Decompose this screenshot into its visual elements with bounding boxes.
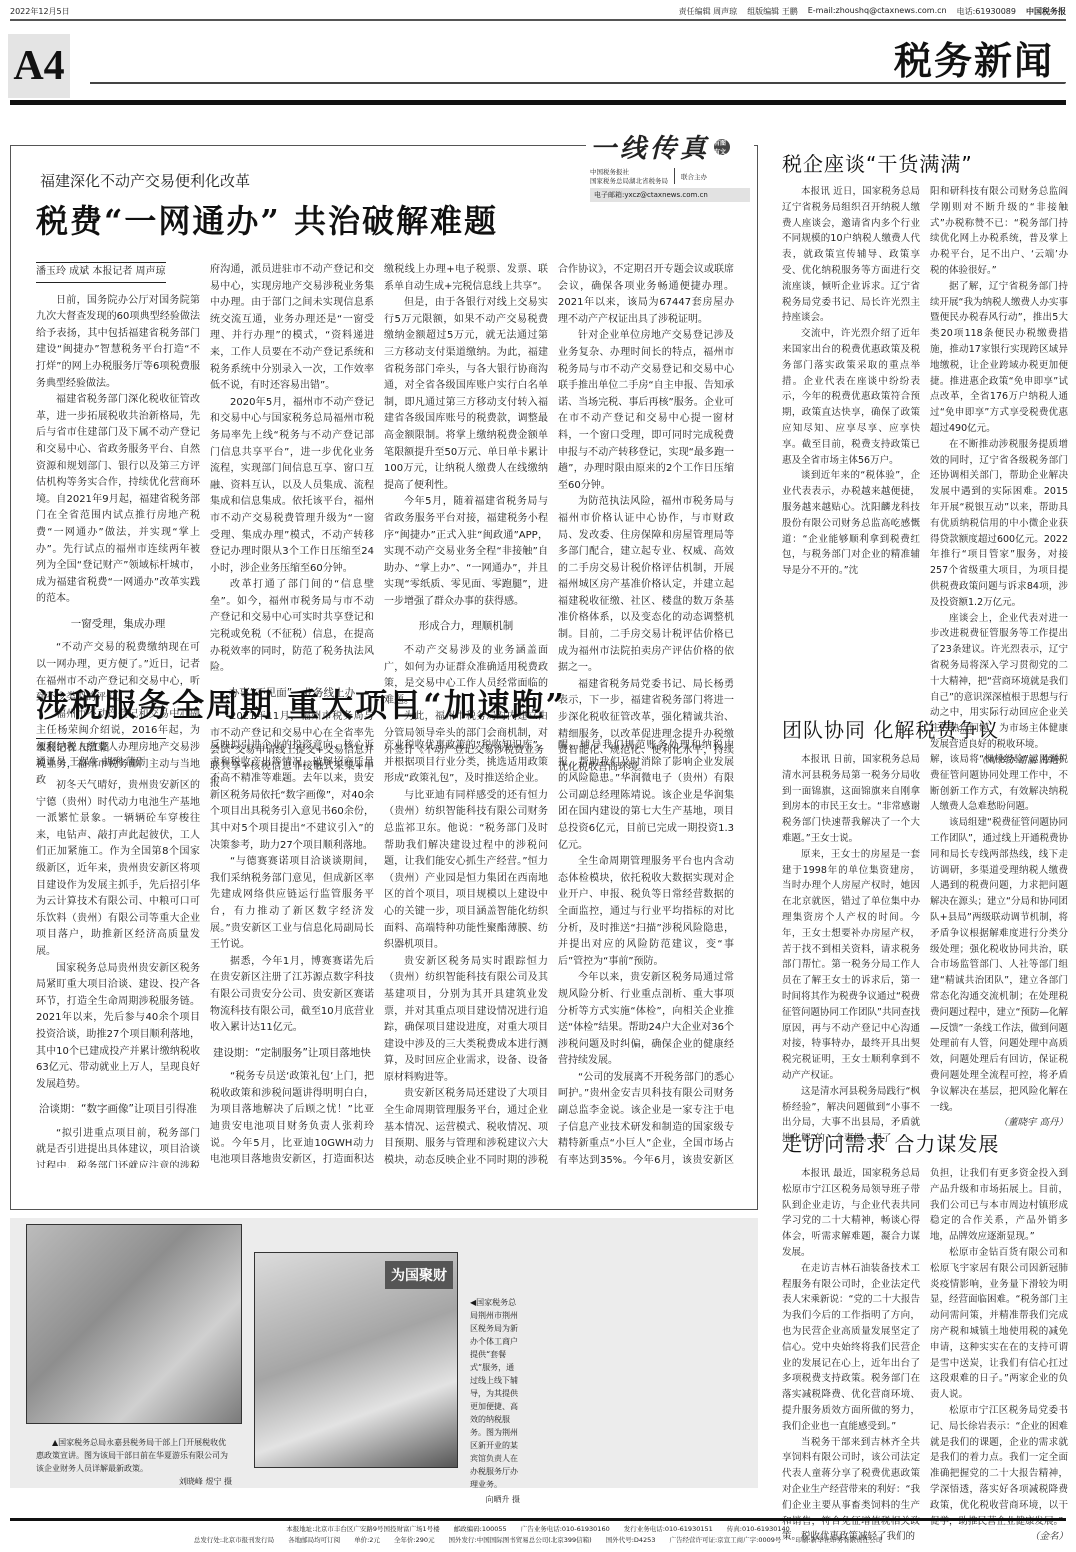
paragraph: 本报讯 最近，国家税务总局松原市宁江区税务局领导班子带队到企业走访，与企业代表共… [782,1166,920,1261]
paragraph: 为防范执法风险，福州市税务局与福州市价格认证中心协作，与市财政局、发改委、住房保… [558,494,734,677]
paragraph: 改革打通了部门间的“信息壁垒”。如今，福州市税务局与市不动产登记和交易中心可实时… [210,577,374,677]
paragraph: 产业税收优惠政策的“税收知识库”，并根据项目行业分类，挑选适用政策形成“政策礼包… [384,738,548,788]
paragraph: 负担，让我们有更多资金投入到产品升级和市场拓展上。目前，我们公司已与本市周边村镇… [930,1166,1068,1245]
paragraph: 在走访吉林石油装备技术工程服务有限公司时，企业法定代表人宋乘新说：“党的二十大报… [782,1261,920,1435]
article2-col3: 产业税收优惠政策的“税收知识库”，并根据项目行业分类，挑选适用政策形成“政策礼包… [384,738,548,1168]
paragraph: “拟引进重点项目前，税务部门就是否引进提出具体建议，项目洽谈过程中，税务部门还就… [36,1126,200,1168]
article2-col1: 本报记者 田江韬 通讯员 王保生 胡琍 蒲砺 初冬天气晴好，贵州贵安新区的宁德（… [36,738,200,1168]
footer-rule [10,1518,1066,1521]
article1-col4: 合作协议》，不定期召开专题会议或联席会议，确保各项业务畅通便捷办理。2021年以… [558,262,734,776]
paragraph: 但是，由于各银行对线上交易实行5万元限额，如果不动产交易税费缴纳金额超过5万元，… [384,295,548,494]
right1-col2: 阳和研科技有限公司财务总监阎学刚则对不断升级的“非接触式”办税称赞不已：“税务部… [930,184,1068,768]
paper-name: 中国税务报 [1026,6,1066,17]
badge-orgs: 中国税务报社 国家税务总局湖北省税务局 联合主办 [590,167,750,185]
article2-col4: 醒，辅导我们规范账务处理和纳税申报，帮助我们及时消除了影响企业发展的风险隐患。”… [558,738,734,1168]
subheading: 形成合力，理顺机制 [384,618,548,635]
paragraph: 本报讯 近日，国家税务总局辽宁省税务局组织召开纳税人缴费人座谈会，邀请省内多个行… [782,184,920,326]
photo-tax-officers-meeting[interactable] [26,1224,242,1424]
paragraph: 今年以来，贵安新区税务局通过常规风险分析、行业重点剖析、重大事项分析等方式实施“… [558,970,734,1070]
paragraph: 本报讯 日前，国家税务总局清水河县税务局第一税务分局收到一面锦旗，这面锦旗来自刚… [782,752,920,847]
photo2-credit: 向晒升 摄 [470,1493,520,1506]
paragraph: “与德赛赛诺项目洽谈谈期间，我们采纳税务部门意见，但成新区率先建成网络供应链运行… [210,854,374,954]
paragraph: 据了解，辽宁省税务部门持续开展“我为纳税人缴费人办实事暨便民办税春风行动”，推出… [930,279,1068,437]
badge-email[interactable]: 电子邮箱:yxcz@ctaxnews.com.cn [590,188,750,202]
org-2: 国家税务总局湖北省税务局 [590,176,668,185]
article1-kicker: 福建深化不动产交易便利化改革 [40,170,250,191]
paragraph: 松原市金钻百货有限公司和松原飞宇家居有限公司因新冠肺炎疫情影响，业务量下滑较为明… [930,1245,1068,1403]
paragraph: 福建省税务部门深化税收征管改革，进一步拓展税收共治新格局，先后与省市住建部门及下… [36,392,200,608]
paragraph: “税务专员送‘政策礼包’上门，把税收政策和涉税问题讲得明明白白，为项目落地解决了… [210,1069,374,1168]
joint-host: 联合主办 [681,172,707,181]
paragraph: “公司的发展离不开税务部门的悉心呵护。”贵州金安吉贝科技有限公司财务副总监李金说… [558,1070,734,1168]
right2-col1: 本报讯 日前，国家税务总局清水河县税务局第一税务分局收到一面锦旗，这面锦旗来自刚… [782,752,920,1147]
right3-col1: 本报讯 最近，国家税务总局松原市宁江区税务局领导班子带队到企业走访，与企业代表共… [782,1166,920,1545]
subheading: 建设期：“定制服务”让项目落地快 [210,1045,374,1062]
paragraph: 在不断推动涉税服务提质增效的同时，辽宁省各级税务部门还协调相关部门，帮助企业解决… [930,437,1068,611]
article2-headline[interactable]: 涉税服务全周期 重大项目“加速跑” [36,680,566,726]
contact-email[interactable]: E-mail:zhoushq@ctaxnews.com.cn [808,6,947,17]
photo1-credit: 刘晓峰 煜宁 摄 [36,1475,232,1488]
column-badge-title: 一线传真 有图有文 [590,128,750,165]
paragraph: 全生命周期管理服务平台也内含动态体检模块，依托税收大数据实现对企业开户、申报、税… [558,854,734,970]
right3-headline[interactable]: 走访问需求 合力谋发展 [782,1128,999,1157]
paragraph: 合作协议》，不定期召开专题会议或联席会议，确保各项业务畅通便捷办理。2021年以… [558,262,734,328]
column-badge: 一线传真 有图有文 中国税务报社 国家税务总局湖北省税务局 联合主办 电子邮箱:… [586,128,754,202]
subheading: 一窗受理，集成办理 [36,616,200,633]
paragraph: 反映拟引进企业的投资意向、核心诉求和税收产出等情况，破解招商质量不高不精准等难题… [210,738,374,854]
paragraph: 日前，国务院办公厅对国务院第九次大督查发现的60项典型经验做法给予表扬，其中包括… [36,293,200,393]
contact-phone: 电话:61930089 [957,6,1016,17]
paragraph: 贵安新区税务局实时跟踪恒力（贵州）纺织智能科技有限公司及其基建项目，分别为其开具… [384,954,548,1087]
paragraph: 原来，王女士的房屋是一套建于1998年的单位集资建房，当时办理个人房屋产权时，她… [782,847,920,1084]
paragraph: 据悉，今年1月，博赛赛诺先后在贵安新区注册了江苏源点数字科技有限公司贵安分公司、… [210,954,374,1037]
header-rule [10,19,1066,21]
paragraph: 缴税线上办理+电子税票、发票、联系单自动生成+完税信息线上共享”。 [384,262,548,295]
editor: 责任编辑 周声琼 [679,6,738,17]
page-number: A4 [8,34,70,98]
subheading: 洽谈期：“数字画像”让项目引得准 [36,1101,200,1118]
section-title: 税务新闻 [894,30,1054,85]
paragraph: 解，该局将“枫桥经验”运用到税费征管问题协同处理工作中，不断创新工作方式，有效解… [930,752,1068,815]
org-1: 中国税务报社 [590,167,668,176]
page-footer: 本报地址:北京市丰台区广安路9号国投财富广场1号楼 邮政编码:100055 广告… [40,1524,1036,1546]
photo1-caption: ▲国家税务总局永嘉县税务局干部上门开展税收优惠政策宣讲。图为该局干部日前在华夏游… [36,1436,232,1488]
paragraph: 阳和研科技有限公司财务总监阎学刚则对不断升级的“非接触式”办税称赞不已：“税务部… [930,184,1068,279]
right1-headline[interactable]: 税企座谈“干货满满” [782,148,973,177]
paragraph: 2020年5月，福州市不动产登记和交易中心与国家税务总局福州市税务局率先上线“税… [210,395,374,578]
paragraph: 府沟通，派员进驻市不动产登记和交易中心，实现房地产交易涉税业务集中办理。由于部门… [210,262,374,395]
header-thick-rule [10,100,1066,105]
paragraph: 国家税务总局贵州贵安新区税务局紧盯重大项目洽谈、建设、投产各环节，打造全生命周期… [36,961,200,1094]
divider [674,168,675,184]
page-header-bar: 2022年12月5日 责任编辑 周声琼 组版编辑 王鹏 E-mail:zhous… [10,4,1066,18]
right3-col2: 负担，让我们有更多资金投入到产品升级和市场拓展上。目前，我们公司已与本市周边村镇… [930,1166,1068,1545]
article2-byline: 本报记者 田江韬 通讯员 王保生 胡琍 蒲砺 [36,738,166,770]
paragraph: 松原市宁江区税务局党委书记、局长徐岩表示：“企业的困难就是我们的课题，企业的需求… [930,1403,1068,1529]
right1-col1: 本报讯 近日，国家税务总局辽宁省税务局组织召开纳税人缴费人座谈会，邀请省内多个行… [782,184,920,579]
right2-col2: 解，该局将“枫桥经验”运用到税费征管问题协同处理工作中，不断创新工作方式，有效解… [930,752,1068,1131]
photo2-caption: ◀国家税务总局荆州市荆州区税务局为新办个体工商户提供“套餐式”服务，通过线上线下… [470,1296,520,1506]
paragraph: 今年5月，随着福建省税务局与省政务服务平台对接，福建税务小程序“闽捷办”正式入驻… [384,494,548,610]
paragraph: 初冬天气晴好，贵州贵安新区的宁德（贵州）时代动力电池生产基地一派繁忙景象。一辆辆… [36,778,200,961]
paragraph: 贵安新区税务局还建设了大项目全生命周期管理服务平台，通过企业基本情况、运营模式、… [384,1086,548,1168]
photo-tax-service-hall[interactable]: 为国聚财 [254,1252,458,1468]
photo-sign: 为国聚财 [385,1261,453,1289]
paragraph: 谈到近年来的“税体验”，企业代表表示，办税越来越便捷，服务越来越贴心。沈阳麟龙科… [782,468,920,579]
issue-date: 2022年12月5日 [10,6,70,17]
article1-byline: 潘玉玲 成斌 本报记者 周声琼 [36,262,166,283]
paragraph: 醒，辅导我们规范账务处理和纳税申报，帮助我们及时消除了影响企业发展的风险隐患。”… [558,738,734,854]
article1-headline[interactable]: 税费“一网通办” 共治破解难题 [36,196,498,242]
badge-dot-icon: 有图有文 [714,139,730,155]
article2-col2: 反映拟引进企业的投资意向、核心诉求和税收产出等情况，破解招商质量不高不精准等难题… [210,738,374,1168]
paragraph: 与比亚迪有同样感受的还有恒力（贵州）纺织智能科技有限公司财务总监祁卫东。他说：“… [384,788,548,954]
paragraph: 该局组建“税费征管问题协同工作团队”，通过线上开通税费协同和局长专线两部热线，线… [930,815,1068,1115]
paragraph: 针对企业单位房地产交易登记涉及业务复杂、办理时间长的特点，福州市税务局与市不动产… [558,328,734,494]
right2-headline[interactable]: 团队协同 化解税费争议 [782,714,999,743]
layout-editor: 组版编辑 王鹏 [747,6,798,17]
paragraph: 交流中，许光烈介绍了近年来国家出台的税费优惠政策及税务部门落实政策采取的重点举措… [782,326,920,468]
